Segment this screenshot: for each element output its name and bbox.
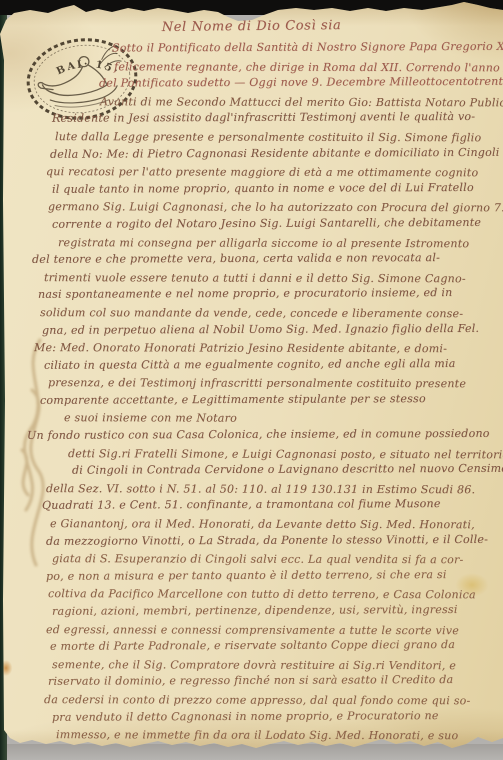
manuscript-line: pra venduto il detto Cagnonasi in nome p…	[0, 706, 503, 726]
manuscript-line: Un fondo rustico con sua Casa Colonica, …	[0, 425, 503, 445]
manuscript-line: e morte di Parte Padronale, e riservate …	[0, 636, 503, 656]
manuscript-line: il quale tanto in nome proprio, quanto i…	[0, 179, 503, 199]
manuscript-line: gna, ed in perpetuo aliena al Nobil Uomo…	[0, 319, 503, 339]
manuscript-line: Quadrati 13. e Cent. 51. confinante, a t…	[0, 495, 503, 515]
manuscript-line: del tenore e che promette vera, buona, c…	[0, 249, 503, 269]
manuscript-line: del Pontificato sudetto — Oggi nove 9. D…	[0, 73, 503, 93]
document-heading: Nel Nome di Dio Così sia	[0, 16, 503, 36]
manuscript-line: corrente a rogito del Notaro Jesino Sig.…	[0, 214, 503, 234]
manuscript-line: comparente accettante, e Legittimamente …	[0, 390, 503, 410]
manuscript-line: della No: Me: di Pietro Cagnonasi Reside…	[0, 143, 503, 163]
manuscript-line: di Cingoli in Contrada Cervidone o Lavig…	[0, 460, 503, 480]
manuscript-line: da mezzogiorno Vinotti, o La Strada, da …	[0, 530, 503, 550]
manuscript-line: Sotto il Pontificato della Santità di No…	[0, 38, 503, 58]
manuscript-line: nasi spontaneamente e nel nome proprio, …	[0, 284, 503, 304]
manuscript-body: Sotto il Pontificato della Santità di No…	[0, 40, 503, 744]
manuscript-line: immesso, e ne immette fin da ora il Loda…	[0, 726, 503, 745]
manuscript-line: ragioni, azioni, membri, pertinenze, dip…	[0, 601, 503, 621]
manuscript-line: ciliato in questa Città a me egualmente …	[0, 354, 503, 374]
manuscript-line: Residente in Jesi assistito dagl'infrasc…	[0, 108, 503, 128]
aged-paper-sheet: BAI· 15· Nel Nome di Dio Così sia Sotto …	[0, 0, 503, 760]
manuscript-line: po, e non a misura e per tanto quanto è …	[0, 566, 503, 586]
scanned-manuscript-page: BAI· 15· Nel Nome di Dio Così sia Sotto …	[0, 0, 503, 760]
manuscript-line: riservato il dominio, e regresso finché …	[0, 671, 503, 691]
